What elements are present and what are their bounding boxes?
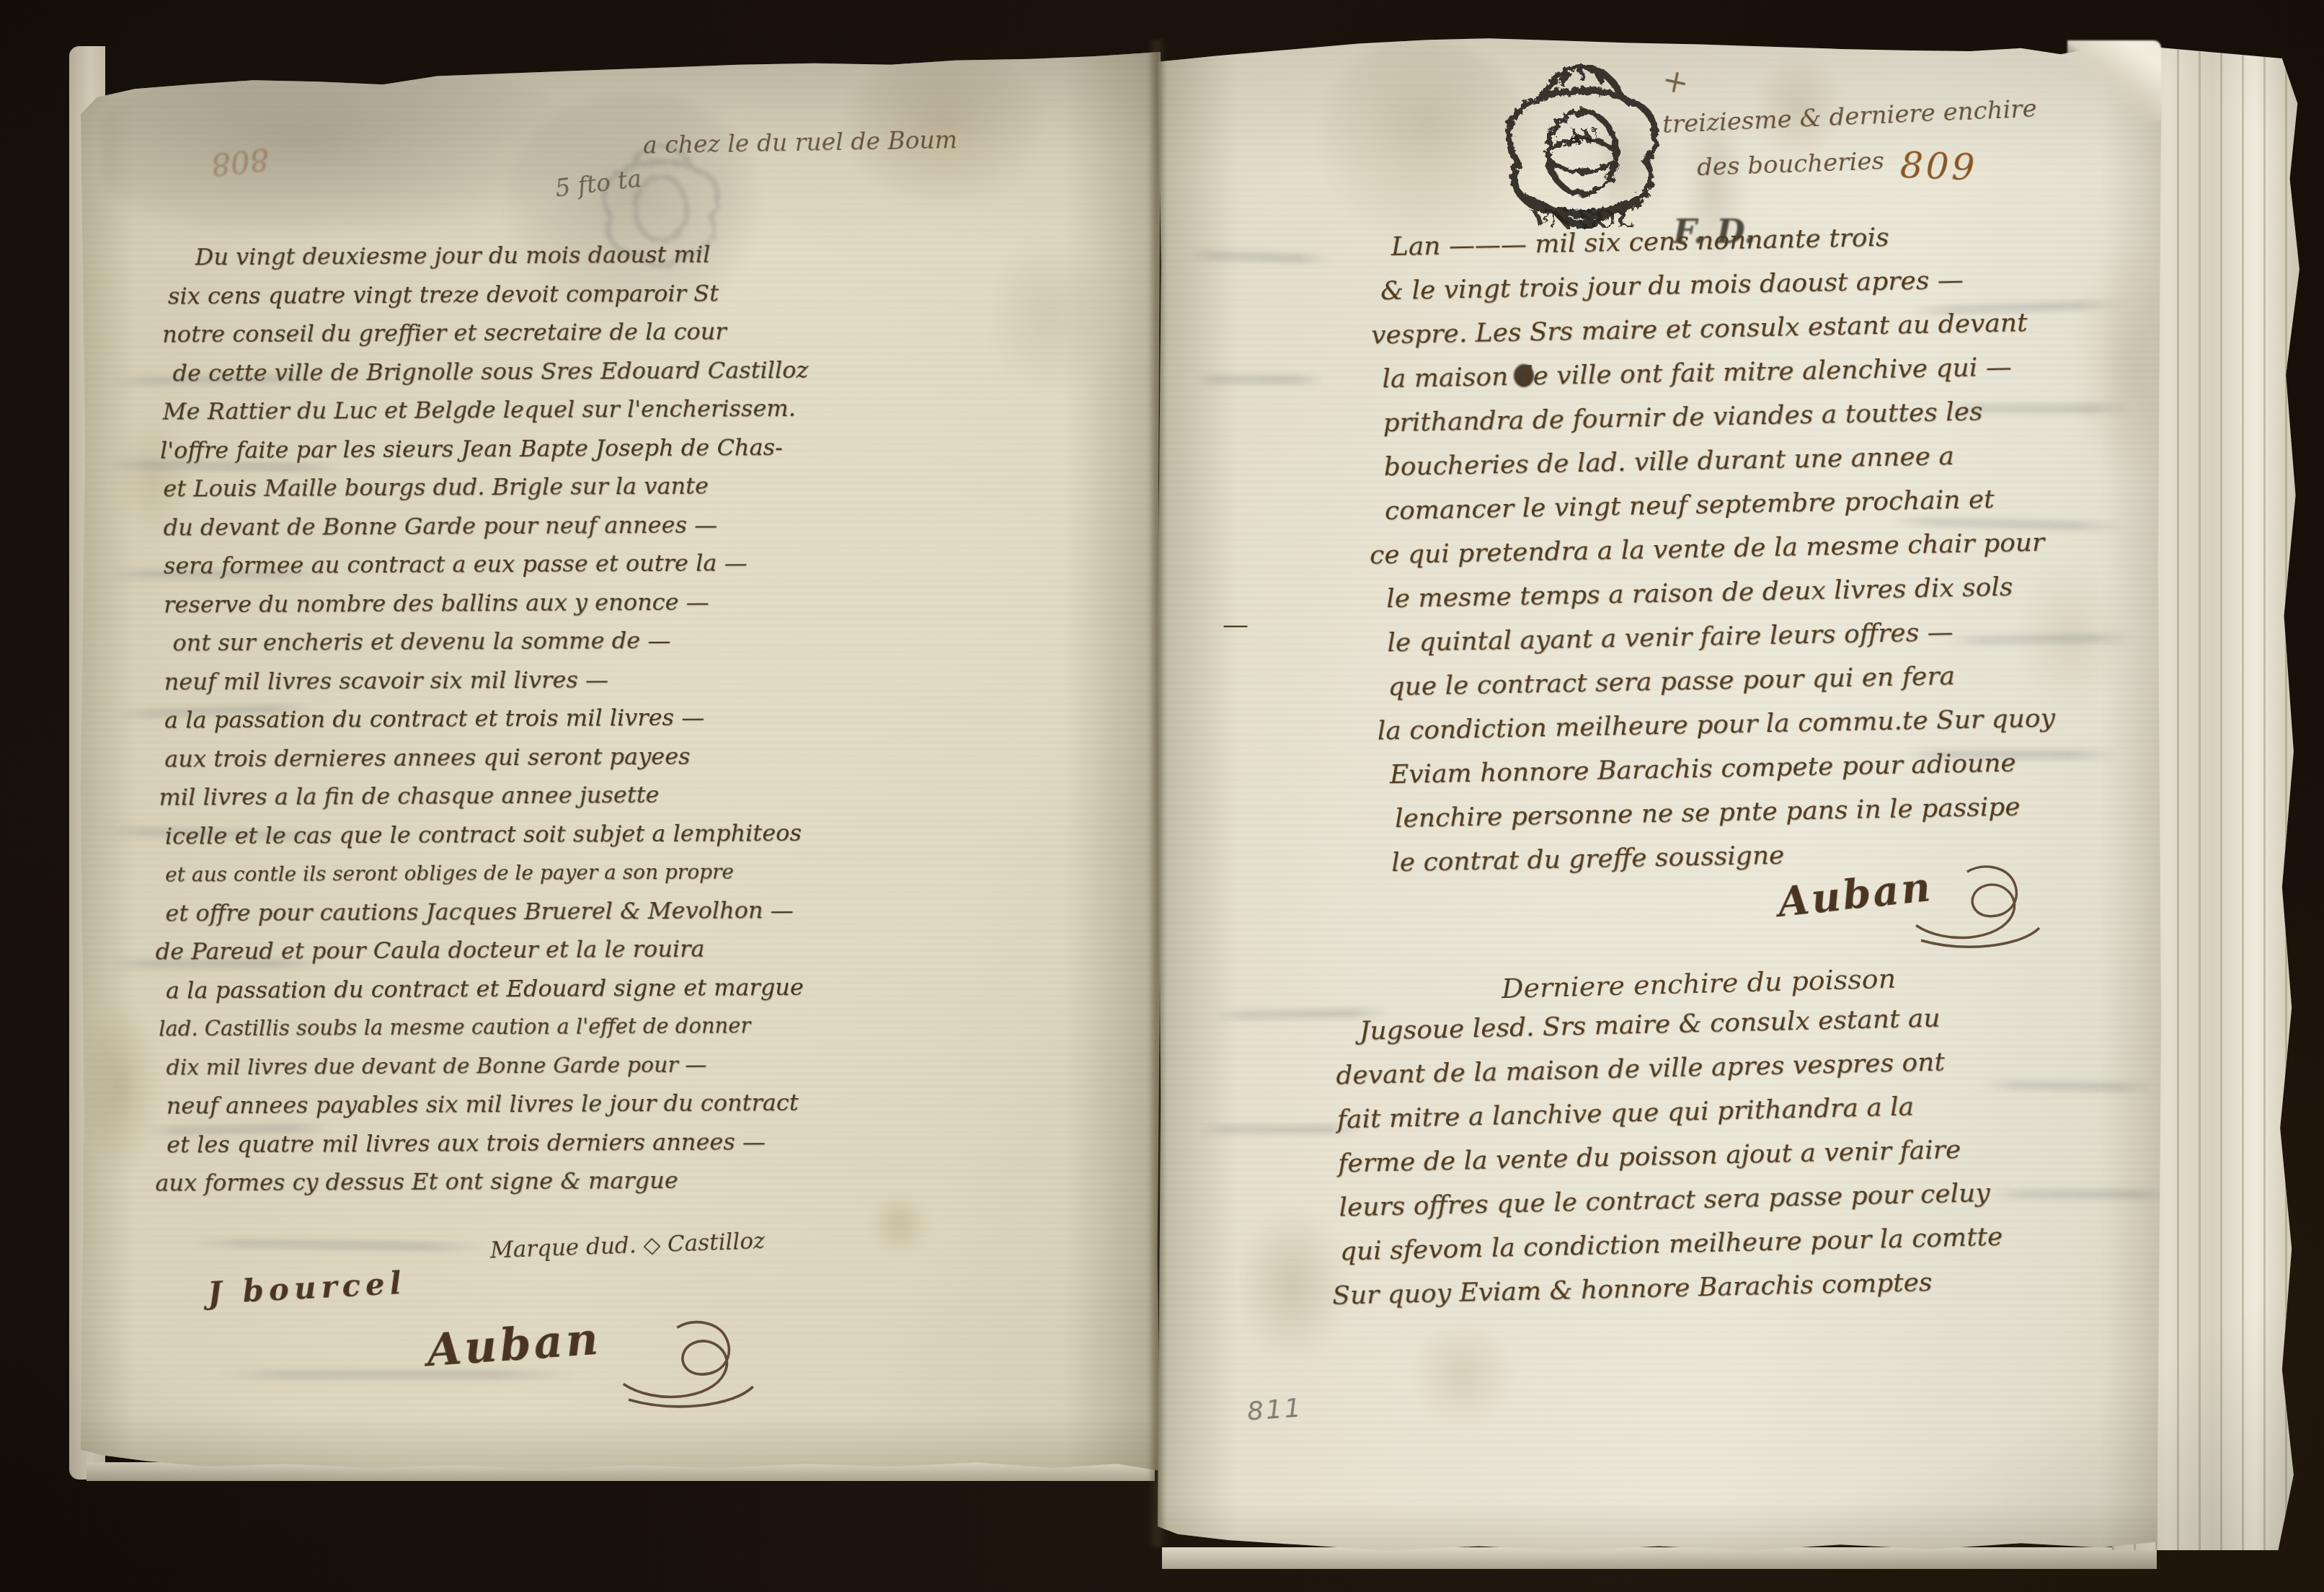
handwritten-line: notre conseil du greffier et secretaire … xyxy=(162,311,869,354)
water-stain xyxy=(869,1193,930,1255)
handwritten-line: lad. Castillis soubs la mesme caution a … xyxy=(159,1006,872,1048)
handwritten-line: sera formee au contract a eux passe et o… xyxy=(164,543,870,585)
margin-dash: — xyxy=(1223,610,1249,640)
handwritten-line: icelle et le cas que le contract soit su… xyxy=(165,813,871,856)
water-stain xyxy=(973,216,1125,411)
faint-folio-number: 808 xyxy=(210,141,271,182)
bleed-through-mark xyxy=(1194,375,1323,384)
handwritten-line: du devant de Bonne Garde pour neuf annee… xyxy=(163,505,869,547)
bleed-through-mark xyxy=(1187,250,1331,265)
handwritten-line: Du vingt deuxiesme jour du mois daoust m… xyxy=(195,234,869,276)
handwritten-line: reserve du nombre des ballins aux y enon… xyxy=(164,582,870,624)
handwritten-line: dix mil livres due devant de Bonne Garde… xyxy=(166,1045,872,1087)
paraph-graphic xyxy=(1907,851,2044,959)
handwritten-line: et Louis Maille bourgs dud. Brigle sur l… xyxy=(163,466,869,508)
paraph-graphic xyxy=(614,1306,758,1418)
bleed-through-mark xyxy=(187,1237,490,1252)
right-page-second-text-block: Jugsoue lesd. Srs maire & consulx estant… xyxy=(1334,992,2134,1318)
water-stain xyxy=(1416,1319,1510,1428)
handwritten-line: mil livres a la fin de chasque annee jus… xyxy=(159,774,871,817)
water-stain xyxy=(102,61,607,234)
handwritten-line: six cens quatre vingt treze devoit compa… xyxy=(168,273,869,316)
left-page: a chez le du ruel de Boum 5 fto ta 808 D… xyxy=(81,52,1161,1471)
handwritten-line: et les quatre mil livres aux trois derni… xyxy=(167,1122,873,1164)
right-page-header-line1: treiziesme & derniere enchire xyxy=(1662,94,2037,140)
handwritten-line: neuf mil livres scavoir six mil livres — xyxy=(164,659,871,702)
handwritten-line: et aus contle ils seront obliges de le p… xyxy=(165,852,871,894)
bleed-through-mark xyxy=(216,1370,577,1379)
handwritten-line: a la passation du contract et trois mil … xyxy=(164,697,871,740)
handwritten-line: a la passation du contract et Edouard si… xyxy=(166,968,872,1010)
stamp-center-text: AV xyxy=(1566,125,1599,151)
right-page: AV VN SOL F. D. + treiziesme & derniere … xyxy=(1158,36,2161,1554)
handwritten-line: Me Rattier du Luc et Belgde lequel sur l… xyxy=(163,389,869,431)
left-page-header: a chez le du ruel de Boum xyxy=(643,125,958,159)
right-page-text-block: Lan ——— mil six cens nonnante trois& le … xyxy=(1379,211,2155,885)
handwritten-line: de Pareud et pour Caula docteur et la le… xyxy=(156,929,872,971)
book-gutter-shadow xyxy=(1148,40,1166,1547)
handwritten-line: de cette ville de Brignolle sous Sres Ed… xyxy=(172,350,869,393)
water-stain xyxy=(82,982,169,1191)
handwritten-line: aux formes cy dessus Et ont signe & marg… xyxy=(155,1160,873,1203)
photograph-of-open-register: a chez le du ruel de Boum 5 fto ta 808 D… xyxy=(0,0,2324,1592)
left-page-text-block: Du vingt deuxiesme jour du mois daoust m… xyxy=(162,234,874,1203)
mark-line: Marque dud. ◇ Castilloz xyxy=(489,1228,765,1263)
right-page-header-line2: des boucheries xyxy=(1696,146,1884,182)
signature-paraph-flourish xyxy=(1907,851,2044,963)
handwritten-line: neuf annees payables six mil livres le j… xyxy=(167,1083,873,1126)
folio-number: 809 xyxy=(1899,144,1978,189)
signature-paraph-flourish xyxy=(614,1306,758,1422)
handwritten-line: et offre pour cautions Jacques Bruerel &… xyxy=(165,890,871,933)
right-page-bottom-edge xyxy=(1162,1547,2157,1569)
handwritten-line: ont sur encheris et devenu la somme de — xyxy=(172,620,870,663)
pencil-folio-number: 811 xyxy=(1246,1393,1304,1426)
official-signature: Auban xyxy=(425,1312,603,1377)
handwritten-line: aux trois dernieres annees qui seront pa… xyxy=(164,736,871,779)
witness-signature: J bourcel xyxy=(207,1265,407,1311)
handwritten-line: l'offre faite par les sieurs Jean Bapte … xyxy=(160,428,869,470)
